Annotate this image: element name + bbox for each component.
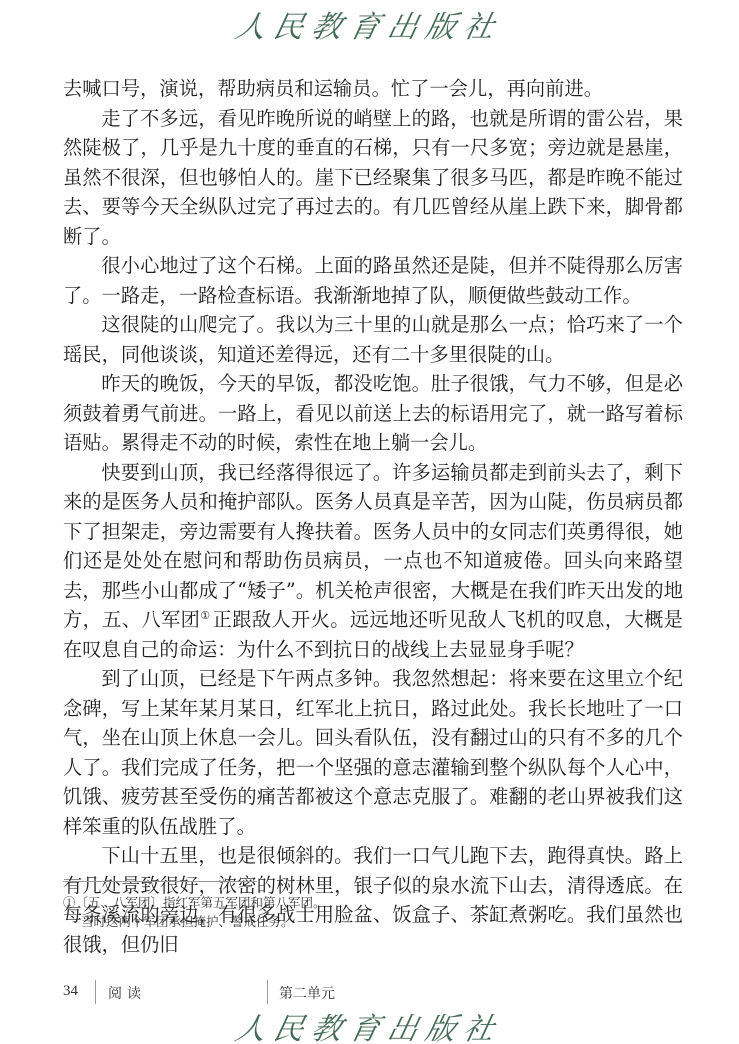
page-number: 34 — [63, 983, 78, 1000]
footnotes: ①〔五、八军团〕指红军第五军团和第八军团。 当时这两个军团承担掩护、警戒任务。 — [63, 893, 623, 931]
footnote-1-line-2: 当时这两个军团承担掩护、警戒任务。 — [63, 912, 623, 931]
paragraph-6-text-before: 快要到山顶，我已经落得很远了。许多运输员都走到前头去了，剩下来的是医务人员和掩护… — [63, 461, 683, 632]
paragraph-4: 这很陡的山爬完了。我以为三十里的山就是那么一点；恰巧来了一个瑶民，同他谈谈，知道… — [63, 310, 683, 369]
footnote-1-line-1: ①〔五、八军团〕指红军第五军团和第八军团。 — [63, 893, 623, 912]
paragraph-6: 快要到山顶，我已经落得很远了。许多运输员都走到前头去了，剩下来的是医务人员和掩护… — [63, 458, 683, 665]
paragraph-2: 走了不多远，看见昨晚所说的峭壁上的路，也就是所谓的雷公岩，果然陡极了，几乎是九十… — [63, 104, 683, 252]
footer-section-label: 阅读 — [108, 983, 146, 1003]
page-body: 去喊口号，演说，帮助病员和运输员。忙了一会儿，再向前进。 走了不多远，看见昨晚所… — [63, 74, 683, 959]
footnote-1-text: 〔五、八军团〕指红军第五军团和第八军团。 — [76, 895, 326, 910]
footer-unit-label: 第二单元 — [279, 983, 335, 1003]
publisher-watermark-bottom: 人民教育出版社 — [0, 1004, 739, 1044]
paragraph-5: 昨天的晚饭，今天的早饭，都没吃饱。肚子很饿，气力不够，但是必须鼓着勇气前进。一路… — [63, 369, 683, 458]
footnote-1-marker: ① — [63, 895, 76, 910]
paragraph-7: 到了山顶，已经是下午两点多钟。我忽然想起：将来要在这里立个纪念碑，写上某年某月某… — [63, 664, 683, 841]
paragraph-3: 很小心地过了这个石梯。上面的路虽然还是陡，但并不陡得那么厉害了。一路走，一路检查… — [63, 251, 683, 310]
footnote-divider — [63, 881, 257, 882]
footnote-reference-1[interactable]: ① — [200, 609, 210, 622]
page-footer: 34 阅读 第二单元 — [63, 980, 683, 1006]
footer-separator — [95, 980, 96, 1004]
footer-separator — [267, 980, 268, 1004]
publisher-watermark-top: 人民教育出版社 — [0, 2, 739, 46]
paragraph-1: 去喊口号，演说，帮助病员和运输员。忙了一会儿，再向前进。 — [63, 74, 683, 104]
